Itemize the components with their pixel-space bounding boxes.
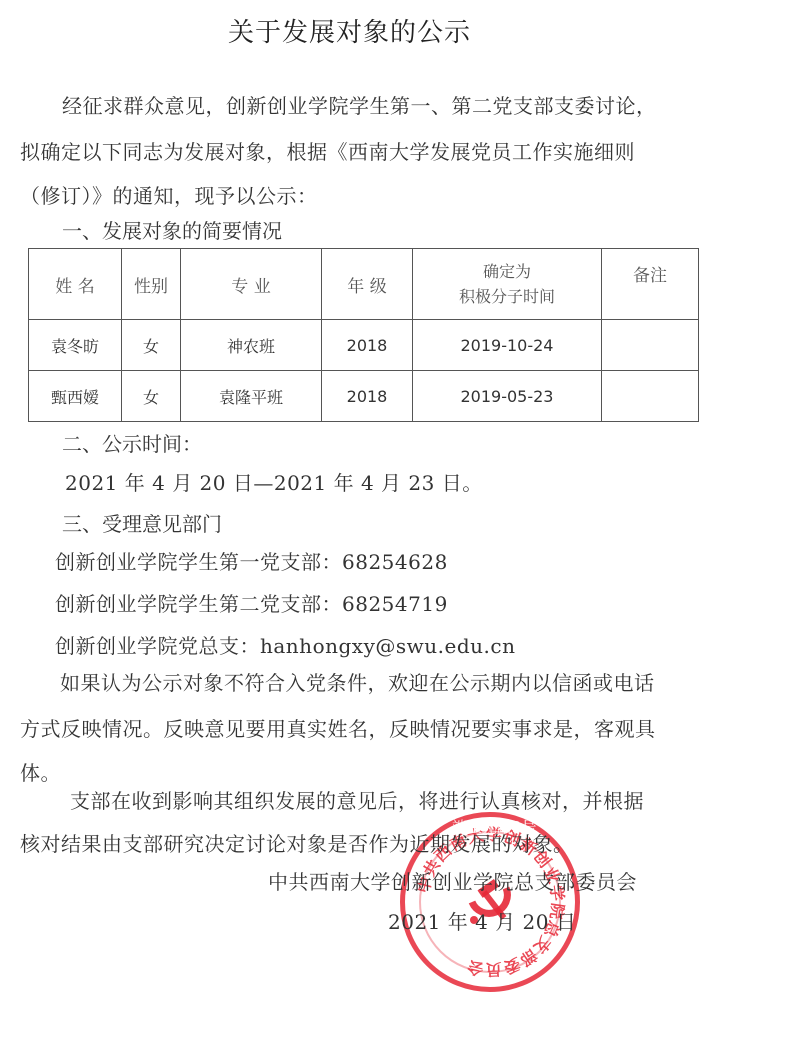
intro-line-3: （修订）》的通知，现予以公示：: [20, 180, 318, 209]
section-1-heading: 一、发展对象的简要情况: [62, 215, 282, 244]
header-grade: 年 级: [322, 249, 413, 320]
table-row: 甄西嫒 女 袁隆平班 2018 2019-05-23: [29, 371, 699, 422]
watermark-text: 端王先路2号: [452, 816, 537, 837]
signature-organization: 中共西南大学创新创业学院总支部委员会: [268, 866, 637, 895]
section-3-heading: 三、受理意见部门: [62, 508, 222, 537]
cell-major: 袁隆平班: [181, 371, 322, 422]
cell-note: [602, 371, 699, 422]
signature-date: 2021 年 4 月 20 日: [388, 906, 576, 935]
header-activist-date-line2: 积极分子时间: [413, 284, 601, 309]
cell-note: [602, 320, 699, 371]
header-major: 专 业: [181, 249, 322, 320]
table-header-row: 姓 名 性别 专 业 年 级 确定为 积极分子时间 备注: [29, 249, 699, 320]
cell-gender: 女: [122, 371, 181, 422]
cell-major: 神农班: [181, 320, 322, 371]
verify-line-1: 支部在收到影响其组织发展的意见后，将进行认真核对，并根据: [70, 785, 644, 814]
cell-gender: 女: [122, 320, 181, 371]
contact-general-branch: 创新创业学院党总支：hanhongxy@swu.edu.cn: [55, 630, 515, 659]
cell-grade: 2018: [322, 371, 413, 422]
cell-date: 2019-05-23: [413, 371, 602, 422]
contact-branch-1: 创新创业学院学生第一党支部：68254628: [55, 546, 448, 575]
cell-name: 袁冬昉: [29, 320, 122, 371]
contact-branch-2: 创新创业学院学生第二党支部：68254719: [55, 588, 448, 617]
cell-date: 2019-10-24: [413, 320, 602, 371]
header-note: 备注: [602, 249, 699, 320]
document-title: 关于发展对象的公示: [228, 12, 471, 49]
intro-line-1: 经征求群众意见，创新创业学院学生第一、第二党支部支委讨论，: [62, 90, 657, 119]
cell-grade: 2018: [322, 320, 413, 371]
header-name: 姓 名: [29, 249, 122, 320]
header-activist-date-line1: 确定为: [413, 259, 601, 284]
feedback-line-1: 如果认为公示对象不符合入党条件，欢迎在公示期内以信函或电话: [60, 667, 655, 696]
candidates-table: 姓 名 性别 专 业 年 级 确定为 积极分子时间 备注 袁冬昉 女 神农班 2…: [28, 248, 699, 422]
cell-name: 甄西嫒: [29, 371, 122, 422]
publicity-period: 2021 年 4 月 20 日—2021 年 4 月 23 日。: [65, 467, 483, 496]
section-2-heading: 二、公示时间：: [62, 428, 202, 457]
feedback-line-2: 方式反映情况。反映意见要用真实姓名，反映情况要实事求是，客观具: [20, 713, 656, 742]
intro-line-2: 拟确定以下同志为发展对象，根据《西南大学发展党员工作实施细则: [20, 136, 635, 165]
header-activist-date: 确定为 积极分子时间: [413, 249, 602, 320]
feedback-line-3: 体。: [20, 757, 61, 786]
table-row: 袁冬昉 女 神农班 2018 2019-10-24: [29, 320, 699, 371]
header-gender: 性别: [122, 249, 181, 320]
